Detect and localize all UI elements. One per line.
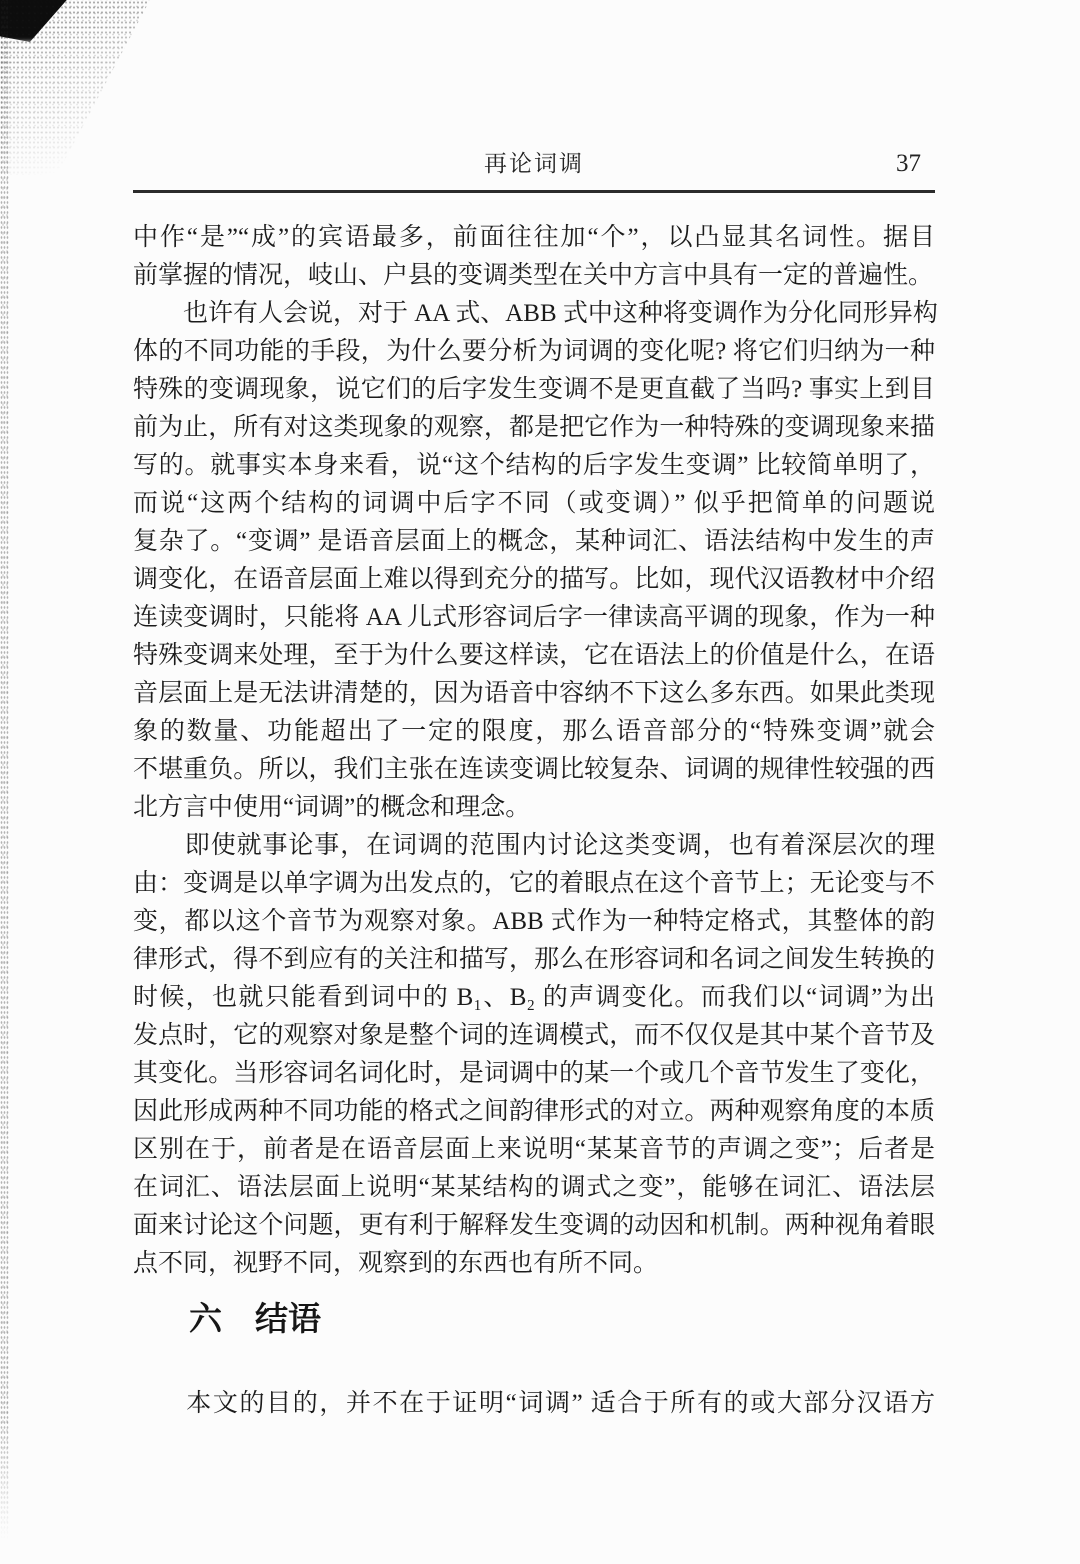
body-line: 时候，也就只能看到词中的 B₁、B₂ 的声调变化。而我们以“词调”为出 [133, 979, 935, 1017]
body-line: 律形式，得不到应有的关注和描写，那么在形容词和名词之间发生转换的 [133, 941, 935, 979]
body-line: 区别在于，前者是在语音层面上来说明“某某音节的声调之变”；后者是 [133, 1131, 935, 1169]
body-line: 在词汇、语法层面上说明“某某结构的调式之变”，能够在词汇、语法层 [133, 1169, 935, 1207]
body-line: 复杂了。“变调” 是语音层面上的概念，某种词汇、语法结构中发生的声 [133, 523, 935, 561]
body-line: 特殊变调来处理，至于为什么要这样读，它在语法上的价值是什么，在语 [133, 637, 935, 675]
body-line: 北方言中使用“词调”的概念和理念。 [133, 789, 935, 827]
body-line: 前为止，所有对这类现象的观察，都是把它作为一种特殊的变调现象来描 [133, 409, 935, 447]
body-line: 特殊的变调现象，说它们的后字发生变调不是更直截了当吗? 事实上到目 [133, 371, 935, 409]
body-text: 中作“是”“成”的宾语最多，前面往往加“个”，以凸显其名词性。据目 前掌握的情况… [133, 219, 935, 1283]
body-line: 其变化。当形容词名词化时，是词调中的某一个或几个音节发生了变化， [133, 1055, 935, 1093]
body-line: 面来讨论这个问题，更有利于解释发生变调的动因和机制。两种视角着眼 [133, 1207, 935, 1245]
body-line: 体的不同功能的手段，为什么要分析为词调的变化呢? 将它们归纳为一种 [133, 333, 935, 371]
body-line: 而说“这两个结构的词调中后字不同（或变调）” 似乎把简单的问题说 [133, 485, 935, 523]
body-line: 写的。就事实本身来看，说“这个结构的后字发生变调” 比较简单明了， [133, 447, 935, 485]
body-line: 连读变调时，只能将 AA 儿式形容词后字一律读高平调的现象，作为一种 [133, 599, 935, 637]
body-line: 即使就事论事，在词调的范围内讨论这类变调，也有着深层次的理 [133, 827, 935, 865]
body-line: 中作“是”“成”的宾语最多，前面往往加“个”，以凸显其名词性。据目 [133, 219, 935, 257]
body-line: 不堪重负。所以，我们主张在连读变调比较复杂、词调的规律性较强的西 [133, 751, 935, 789]
header-divider-rule [133, 190, 935, 193]
scanned-paper-page: 再论词调 37 中作“是”“成”的宾语最多，前面往往加“个”，以凸显其名词性。据… [0, 0, 1080, 1564]
page-number: 37 [896, 150, 921, 178]
running-header: 再论词调 37 [133, 150, 935, 178]
section-heading: 六 结语 [133, 1299, 935, 1339]
running-header-title: 再论词调 [133, 150, 935, 178]
body-line: 象的数量、功能超出了一定的限度，那么语音部分的“特殊变调”就会 [133, 713, 935, 751]
body-line: 也许有人会说，对于 AA 式、ABB 式中这种将变调作为分化同形异构 [133, 295, 935, 333]
body-line: 本文的目的，并不在于证明“词调” 适合于所有的或大部分汉语方 [133, 1385, 935, 1423]
body-line: 前掌握的情况，岐山、户县的变调类型在关中方言中具有一定的普遍性。 [133, 257, 935, 295]
body-line: 变，都以这个音节为观察对象。ABB 式作为一种特定格式，其整体的韵 [133, 903, 935, 941]
body-line: 点不同，视野不同，观察到的东西也有所不同。 [133, 1245, 935, 1283]
body-line: 由：变调是以单字调为出发点的，它的着眼点在这个音节上；无论变与不 [133, 865, 935, 903]
body-line: 音层面上是无法讲清楚的，因为语音中容纳不下这么多东西。如果此类现 [133, 675, 935, 713]
scan-left-edge-noise-artifact [0, 0, 9, 1540]
scan-speckle-plume-artifact [0, 0, 150, 175]
closing-paragraph: 本文的目的，并不在于证明“词调” 适合于所有的或大部分汉语方 [133, 1385, 935, 1423]
page-content: 再论词调 37 中作“是”“成”的宾语最多，前面往往加“个”，以凸显其名词性。据… [133, 150, 935, 1423]
body-line: 调变化，在语音层面上难以得到充分的描写。比如，现代汉语教材中介绍 [133, 561, 935, 599]
body-line: 因此形成两种不同功能的格式之间韵律形式的对立。两种观察角度的本质 [133, 1093, 935, 1131]
body-line: 发点时，它的观察对象是整个词的连调模式，而不仅仅是其中某个音节及 [133, 1017, 935, 1055]
